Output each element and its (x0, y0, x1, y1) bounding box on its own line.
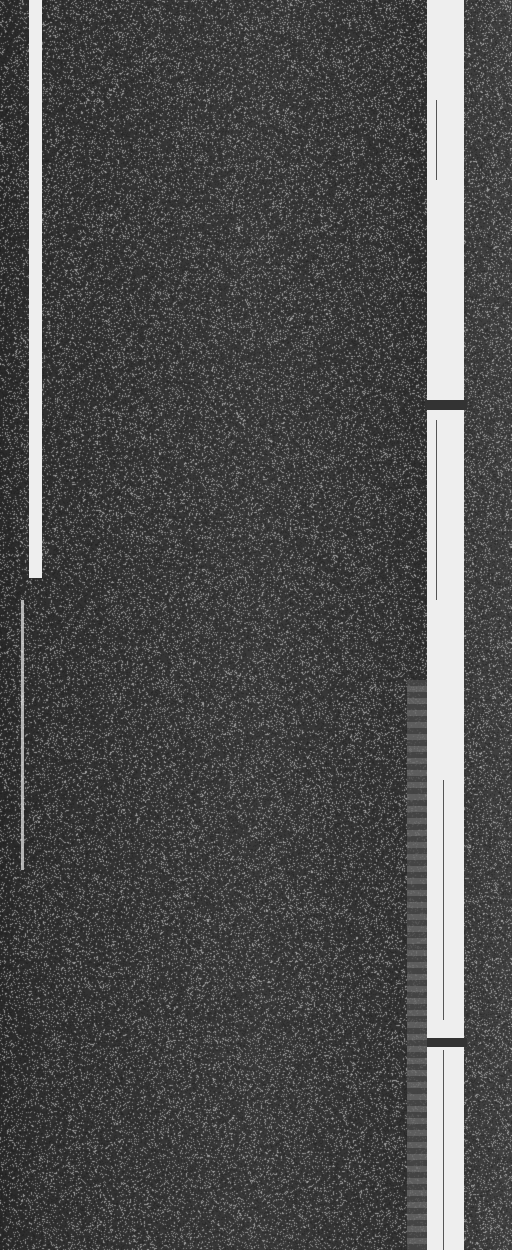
lane-line-crack (436, 100, 437, 180)
left-edge-line (29, 0, 42, 578)
road-aerial-image (0, 0, 512, 1250)
lane-line-crack (443, 1050, 444, 1250)
lane-line-gap (425, 1038, 467, 1047)
lane-line-crack (436, 420, 437, 600)
lane-line-gap (425, 400, 467, 410)
right-lane-line (427, 0, 464, 1250)
rumble-strip (407, 680, 427, 1250)
lane-line-crack (443, 780, 444, 1020)
left-thin-line (21, 600, 24, 870)
